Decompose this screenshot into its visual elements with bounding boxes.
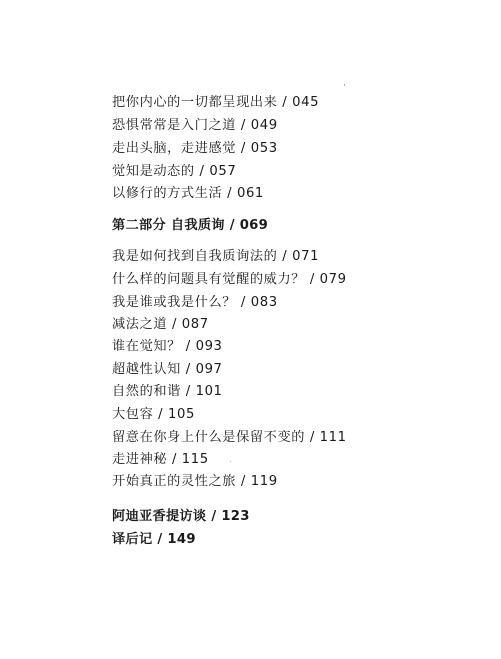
toc-entry: 大包容 / 105 <box>112 407 195 423</box>
toc-entry: 以修行的方式生活 / 061 <box>112 186 264 202</box>
toc-heading: 译后记 / 149 <box>112 532 196 548</box>
toc-separator: / <box>181 362 196 377</box>
toc-entry: 超越性认知 / 097 <box>112 362 223 378</box>
toc-entry: 什么样的问题具有觉醒的威力？ / 079 <box>112 272 347 288</box>
toc-entry: 自然的和谐 / 101 <box>112 384 223 400</box>
toc-page-number: 111 <box>320 430 347 445</box>
toc-entry: 把你内心的一切都呈现出来 / 045 <box>112 95 319 111</box>
toc-entry-title: 觉知是动态的 <box>112 164 195 179</box>
toc-entry-title: 走进神秘 <box>112 452 167 467</box>
toc-page-number: 083 <box>251 295 278 310</box>
toc-page-number: 123 <box>221 509 249 524</box>
toc-page-number: 087 <box>182 317 209 332</box>
toc-separator: / <box>195 164 210 179</box>
toc-page-number: 119 <box>251 474 278 489</box>
toc-entry: 开始真正的灵性之旅 / 119 <box>112 474 278 490</box>
toc-page-number: 061 <box>237 186 264 201</box>
toc-page-number: 105 <box>168 407 195 422</box>
toc-heading: 阿迪亚香提访谈 / 123 <box>112 509 250 525</box>
toc-separator: / <box>236 118 251 133</box>
toc-entry-title: 超越性认知 <box>112 362 181 377</box>
toc-entry: 走出头脑，走进感觉 / 053 <box>112 141 278 157</box>
toc-entry: 恐惧常常是入门之道 / 049 <box>112 118 278 134</box>
toc-entry: 觉知是动态的 / 057 <box>112 164 236 180</box>
toc-page-number: 097 <box>196 362 223 377</box>
toc-separator: / <box>236 141 251 156</box>
toc-entry: 走进神秘 / 115 <box>112 452 209 468</box>
toc-heading: 第二部分 自我质询 / 069 <box>112 218 268 234</box>
scan-speck <box>230 461 231 462</box>
toc-page-number: 149 <box>167 532 195 547</box>
toc-entry-title: 自然的和谐 <box>112 384 181 399</box>
toc-entry-title: 译后记 <box>112 532 152 547</box>
toc-page-number: 057 <box>209 164 236 179</box>
toc-entry-title: 大包容 <box>112 407 153 422</box>
toc-entry-title: 我是如何找到自我质询法的 <box>112 249 277 264</box>
toc-page-number: 053 <box>251 141 278 156</box>
toc-entry: 我是如何找到自我质询法的 / 071 <box>112 249 319 265</box>
toc-separator: / <box>181 384 196 399</box>
toc-entry-title: 减法之道 <box>112 317 167 332</box>
toc-entry-title: 我是谁或我是什么？ <box>112 295 236 310</box>
toc-entry-title: 把你内心的一切都呈现出来 <box>112 95 277 110</box>
toc-entry: 留意在你身上什么是保留不变的 / 111 <box>112 430 347 446</box>
toc-entry: 减法之道 / 087 <box>112 317 209 333</box>
toc-entry-title: 开始真正的灵性之旅 <box>112 474 236 489</box>
toc-page-number: 101 <box>196 384 223 399</box>
toc-entry: 谁在觉知？ / 093 <box>112 339 223 355</box>
toc-separator: / <box>277 249 292 264</box>
toc-page-number: 071 <box>292 249 319 264</box>
toc-separator: / <box>305 272 320 287</box>
toc-page-number: 093 <box>196 339 223 354</box>
scan-speck <box>344 84 345 86</box>
toc-separator: / <box>153 407 168 422</box>
toc-page-number: 049 <box>251 118 278 133</box>
toc-page-number: 069 <box>240 218 268 233</box>
toc-entry-title: 谁在觉知？ <box>112 339 181 354</box>
toc-separator: / <box>225 218 240 233</box>
toc-separator: / <box>167 452 182 467</box>
toc-page-number: 115 <box>182 452 209 467</box>
toc-entry-title: 什么样的问题具有觉醒的威力？ <box>112 272 305 287</box>
toc-entry-title: 走出头脑，走进感觉 <box>112 141 236 156</box>
toc-separator: / <box>277 95 292 110</box>
toc-separator: / <box>181 339 196 354</box>
toc-entry-title: 留意在你身上什么是保留不变的 <box>112 430 305 445</box>
toc-page-number: 079 <box>320 272 347 287</box>
toc-entry-title: 第二部分 自我质询 <box>112 218 225 233</box>
toc-separator: / <box>236 295 251 310</box>
toc-entry-title: 恐惧常常是入门之道 <box>112 118 236 133</box>
toc-separator: / <box>152 532 167 547</box>
toc-page-number: 045 <box>292 95 319 110</box>
toc-separator: / <box>222 186 237 201</box>
toc-entry: 我是谁或我是什么？ / 083 <box>112 295 278 311</box>
toc-separator: / <box>305 430 320 445</box>
toc-separator: / <box>167 317 182 332</box>
toc-entry-title: 以修行的方式生活 <box>112 186 222 201</box>
toc-separator: / <box>206 509 221 524</box>
toc-entry-title: 阿迪亚香提访谈 <box>112 509 206 524</box>
toc-separator: / <box>236 474 251 489</box>
